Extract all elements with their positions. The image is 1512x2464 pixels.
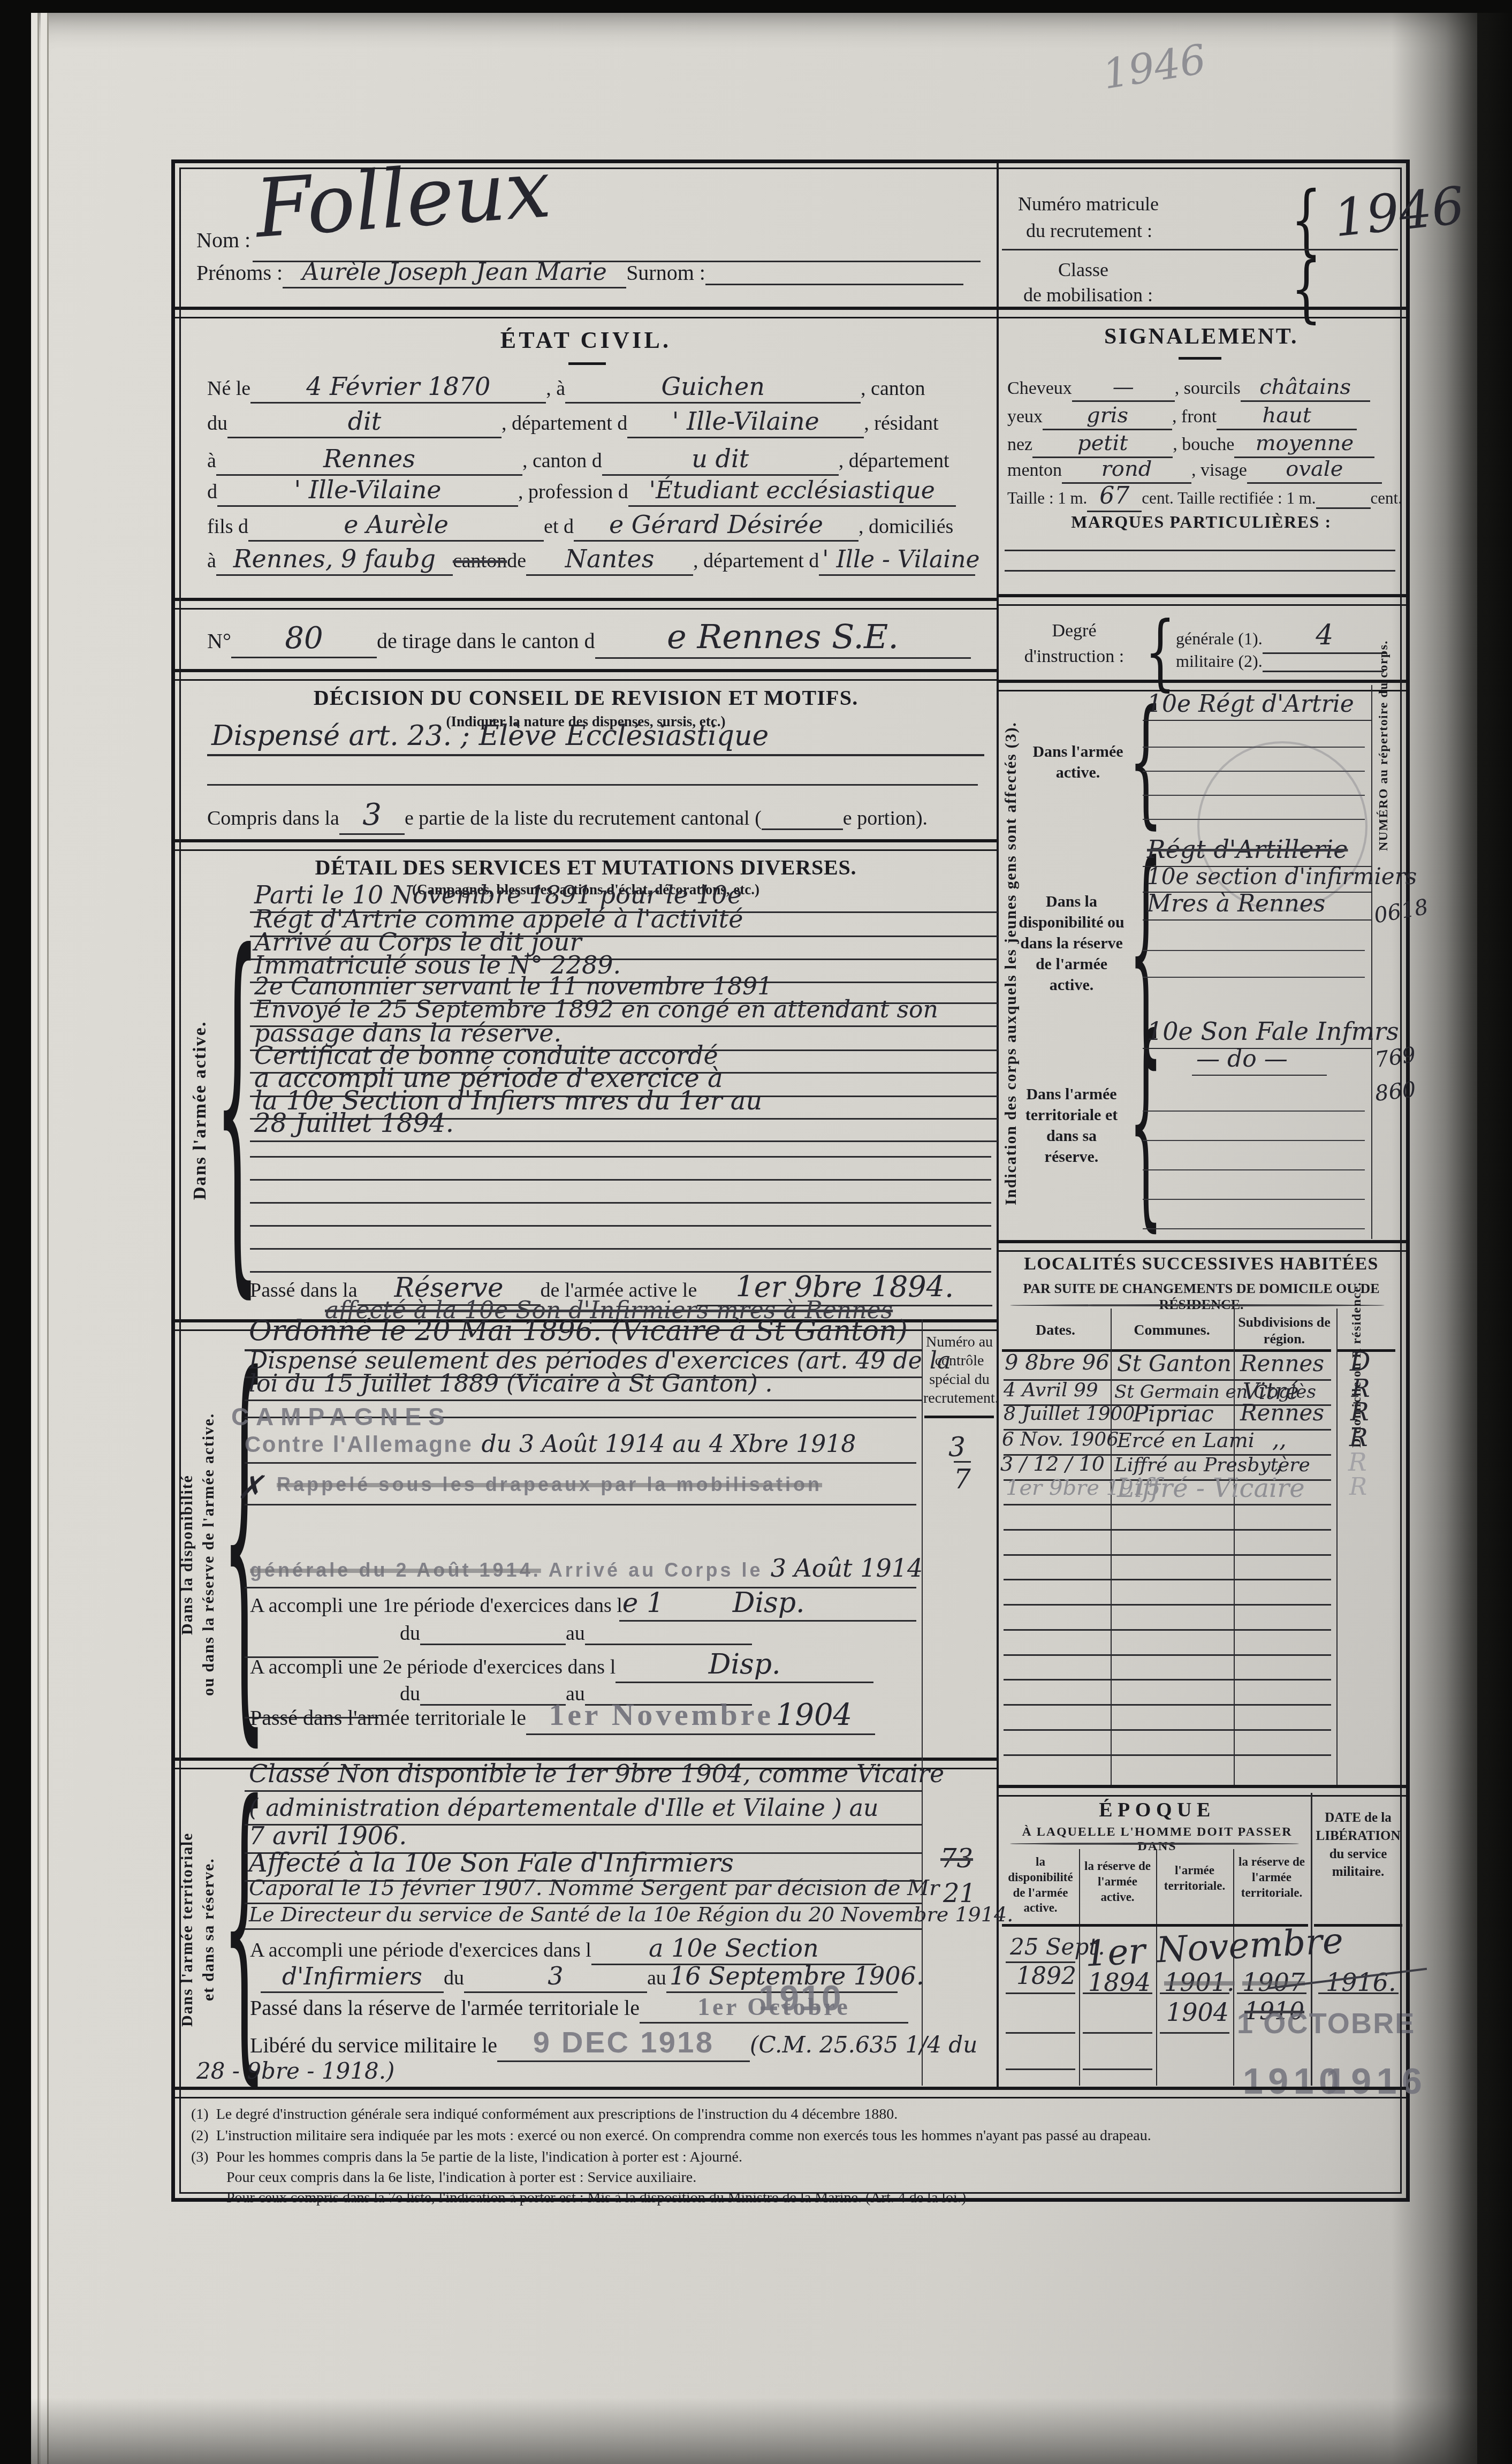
contre-allemagne-dates: du 3 Août 1914 au 4 Xbre 1918: [481, 1431, 856, 1458]
loc-date: 8 Juillet 1900: [1004, 1403, 1135, 1425]
terr-line: Le Directeur du service de Santé de la 1…: [249, 1903, 1013, 1926]
domicile-de-label: de: [507, 549, 526, 573]
au-label: au: [566, 1622, 585, 1645]
ruled-line: [1002, 249, 1398, 250]
section-divider: [175, 307, 1406, 318]
table-col-divider: [1336, 1309, 1338, 1785]
ruled-line: [1005, 550, 1395, 551]
au-label: au: [647, 1966, 666, 1990]
corps-active-label: Dans l'armée active.: [1027, 741, 1129, 783]
ruled-line: [1143, 1169, 1365, 1170]
tirage-no-label: N°: [207, 628, 231, 653]
domicile-value: Rennes, 9 faubg: [216, 544, 453, 576]
header-swash: [1010, 1304, 1385, 1306]
dispo-side-label1: Dans la disponibilité: [178, 1373, 196, 1737]
residence-value: Rennes: [216, 444, 522, 476]
bouche-value: moyenne: [1234, 431, 1374, 458]
residence-canton-label: , canton d: [522, 449, 602, 473]
field-nom-value: Folleux: [253, 142, 554, 256]
libere-label: Libéré du service militaire le: [250, 2033, 497, 2058]
ruled-line: [1004, 1754, 1331, 1756]
du-label: du: [400, 1622, 420, 1645]
dept3-value: ' Ille-Vilaine: [217, 475, 518, 507]
taille-value: 67: [1087, 482, 1142, 512]
periode1-label: A accompli une 1re période d'exercices d…: [250, 1594, 622, 1617]
loc-date: 6 Nov. 1906: [1002, 1428, 1119, 1450]
terr-reserve-label: Passé dans la réserve de l'armée territo…: [250, 1995, 640, 2020]
du-label: du: [444, 1966, 464, 1990]
visage-label: , visage: [1191, 460, 1247, 481]
x-mark: ✗: [237, 1469, 263, 1507]
epoque-v3b: 1904: [1166, 1998, 1229, 2027]
sourcils-label: , sourcils: [1175, 378, 1241, 399]
mother-label: et d: [544, 515, 574, 538]
taille-label: Taille : 1 m.: [1007, 489, 1087, 508]
visage-value: ovale: [1247, 457, 1382, 484]
footnote-text: Pour ceux compris dans la 7e liste, l'in…: [226, 2189, 966, 2207]
domicile-de-value: Nantes: [526, 544, 693, 576]
section-divider: [175, 839, 997, 851]
ruled-line: [1004, 1679, 1331, 1680]
profession-value: 'Étudiant ecclésiastique: [628, 477, 956, 507]
terr-line: ( administration départementale d'Ille e…: [249, 1794, 878, 1822]
ctrl-value-2: 7: [954, 1461, 971, 1495]
ruled-line: [250, 1225, 991, 1227]
section-divider: [997, 594, 1406, 606]
loc-dr-pencil: R: [1349, 1473, 1367, 1501]
ruled-line: [1006, 2068, 1075, 2070]
conseil-title: DÉCISION DU CONSEIL DE REVISION ET MOTIF…: [175, 685, 997, 710]
cheveux-label: Cheveux: [1007, 378, 1072, 399]
footnote-text: Le degré d'instruction générale sera ind…: [216, 2106, 898, 2123]
matricule-label: Numéro matricule: [1018, 193, 1159, 215]
conseil-decision-value: Dispensé art. 23. ; Élève Ecclésiastique: [211, 720, 769, 752]
ruled-line: [1004, 1579, 1331, 1580]
ruled-line: [1143, 950, 1365, 951]
front-label: , front: [1172, 407, 1217, 427]
yeux-label: yeux: [1007, 407, 1043, 427]
ruled-line: [1005, 570, 1395, 572]
field-prenoms-label: Prénoms :: [196, 260, 283, 285]
services-title: DÉTAIL DES SERVICES ET MUTATIONS DIVERSE…: [175, 855, 997, 880]
loc-commune: Ercé en Lami: [1117, 1428, 1255, 1452]
corps-terr-value2: — do —: [1196, 1045, 1288, 1073]
corps-dispo-label: Dans la disponibilité ou dans la réserve…: [1018, 891, 1125, 995]
dispo-side-label2: ou dans la réserve de l'armée active.: [200, 1346, 218, 1763]
rappele-struck-stamp: Rappelé sous les drapeaux par la mobilis…: [277, 1473, 822, 1496]
corps-dispo-struck: Régt d'Artillerie: [1147, 835, 1348, 864]
residence-canton-value: u dit: [602, 444, 839, 476]
compris-label3: e portion).: [843, 807, 928, 830]
book-page-edge: [31, 13, 39, 2464]
tirage-canton-value: e Rennes S.E.: [595, 617, 971, 659]
section-divider: [175, 598, 997, 610]
ctrl-value-1: 3: [948, 1432, 966, 1463]
services-side-label: Dans l'armée active.: [190, 923, 210, 1298]
nez-value: petit: [1032, 431, 1173, 458]
book-page-edge: [41, 13, 49, 2464]
ruled-line: [250, 1202, 991, 1204]
profession-label: , profession d: [518, 480, 628, 504]
loc-commune: Pipriac: [1133, 1401, 1214, 1427]
loc-subdiv: Rennes: [1240, 1350, 1324, 1377]
instruction-generale-label: générale (1).: [1176, 629, 1263, 649]
arrive-corps-stamp: Arrivé au Corps le: [549, 1559, 763, 1581]
ruled-line: [1083, 2032, 1152, 2034]
terr-line: Affecté à la 10e Son Fale d'Infirmiers: [249, 1848, 734, 1878]
localites-col-communes: Communes.: [1112, 1322, 1232, 1339]
domicile-dept-value: ' Ille - Vilaine: [819, 546, 975, 576]
domicilies-label: , domiciliés: [858, 515, 953, 538]
footnote-text: L'instruction militaire sera indiquée pa…: [216, 2127, 1151, 2144]
domicile-a-label: à: [207, 549, 216, 573]
tirage-no-value: 80: [231, 621, 377, 658]
footnote-divider: [175, 2087, 1406, 2098]
scanned-register-page: 1946 Folleux Nom : Prénoms : Aurèle Jose…: [0, 0, 1512, 2464]
terr-side-label1: Dans l'armée territoriale: [178, 1790, 196, 2068]
arrive-corps-date: 3 Août 1914: [771, 1554, 923, 1583]
libere-ref: (C.M. 25.635 1/4 du: [750, 2032, 977, 2058]
classe-label2: de mobilisation :: [1023, 284, 1153, 306]
passe-territoriale-year: 1904: [776, 1698, 853, 1732]
terr-side-label2: et dans sa réserve.: [200, 1812, 218, 2047]
dispense-line2: loi du 15 Juillet 1889 (Vicaire à St Gan…: [249, 1370, 773, 1397]
localites-col-subdiv: Subdivisions de région.: [1235, 1314, 1334, 1347]
periode1-value-a: e 1: [622, 1587, 664, 1618]
menton-value: rond: [1062, 457, 1191, 484]
dept-label: , département d: [502, 412, 627, 435]
ruled-line: [1004, 1529, 1331, 1531]
canton-label: , canton: [861, 377, 925, 400]
terr-line: Caporal le 15 février 1907. Nommé Sergen…: [249, 1876, 939, 1900]
terr-periode-value2: d'Infirmiers: [261, 1963, 444, 1993]
footnote-text: Pour les hommes compris dans la 5e parti…: [216, 2149, 742, 2166]
matricule-form: Folleux Nom : Prénoms : Aurèle Joseph Je…: [171, 159, 1410, 2202]
canton-du-label: du: [207, 412, 227, 435]
birth-date-value: 4 Février 1870: [250, 372, 546, 404]
section-divider: [997, 680, 1406, 691]
ordonne-line: Ordonné le 20 Mai 1896. (Vicaire à St Ga…: [249, 1315, 908, 1347]
footnote-number: (2): [191, 2127, 209, 2144]
passe-territoriale-label: Passé dans l'armée territoriale le: [250, 1705, 526, 1730]
epoque-script: 1er Novembre: [1084, 1920, 1344, 1974]
ctrl-underline: [924, 1416, 994, 1418]
instruction-label: Degré d'instruction :: [1010, 618, 1138, 669]
terr-periode-value: a 10e Section: [591, 1934, 876, 1965]
corps-terr-value1: 10e Son Fale Infmrs: [1147, 1017, 1399, 1046]
epoque-col-divider: [1233, 1849, 1234, 2086]
nez-label: nez: [1007, 435, 1032, 455]
etat-civil-title: ÉTAT CIVIL.: [175, 326, 997, 354]
libere-stamp: 9 DEC 1918: [533, 2025, 715, 2059]
terr-periode-label: A accompli une période d'exercices dans …: [250, 1938, 591, 1962]
corps-active-value: 10e Régt d'Artrie: [1147, 690, 1354, 718]
taille-rect-label: cent. Taille rectifiée : 1 m.: [1142, 489, 1316, 508]
ruled-line: [250, 1179, 991, 1181]
field-surnom-label: Surnom :: [626, 260, 705, 285]
signalement-title: SIGNALEMENT.: [997, 324, 1406, 349]
epoque-col3: l'armée territoriale.: [1158, 1863, 1232, 1894]
terr-line: 7 avril 1906.: [249, 1821, 407, 1850]
terr-line: Classé Non disponible le 1er 9bre 1904, …: [249, 1759, 944, 1788]
dept3-d-label: d: [207, 480, 217, 504]
section-divider: [997, 1785, 1406, 1797]
ruled-line: [1083, 2068, 1152, 2070]
section-divider: [175, 669, 997, 681]
ruled-line: [1160, 2032, 1229, 2034]
ruled-line: [1237, 1993, 1306, 1994]
loc-commune-pencil: Liffré - Vicaire: [1117, 1473, 1305, 1503]
ruled-line: [1143, 1111, 1365, 1112]
ruled-line: [1004, 1629, 1331, 1631]
ruled-line: [207, 784, 978, 786]
epoque-title: ÉPOQUE: [1002, 1798, 1312, 1822]
libere-ref2: 28 - 9bre - 1918.): [196, 2058, 394, 2084]
loc-subdiv: ,,: [1272, 1426, 1287, 1452]
corps-repertoire-label: NUMÉRO au répertoire du corps.: [1377, 690, 1391, 851]
ruled-line: [1143, 1199, 1365, 1200]
menton-label: menton: [1007, 460, 1062, 481]
periode2-label: A accompli une 2e période d'exercices da…: [250, 1655, 616, 1679]
periode2-value: Disp.: [616, 1648, 873, 1683]
ruled-line: [1004, 1729, 1331, 1731]
epoque-col2: la réserve de l'armée active.: [1081, 1859, 1154, 1905]
epoque-stamp-octobre: 1 OCTOBRE: [1237, 2007, 1416, 2040]
ruled-line: [245, 1504, 916, 1505]
footnote-number: (1): [191, 2106, 209, 2123]
terr-margin-struck: 73: [940, 1844, 973, 1874]
campagnes-stamp: CAMPAGNES: [231, 1402, 452, 1431]
tirage-label: de tirage dans le canton d: [377, 628, 595, 653]
birth-place-value: Guichen: [565, 372, 861, 404]
yeux-value: gris: [1043, 403, 1172, 430]
compris-value: 3: [339, 797, 405, 835]
corps-dispo-value1: 10e section d'infirmiers: [1147, 863, 1417, 889]
passe-territoriale-stamp: 1er Novembre: [549, 1697, 774, 1732]
matricule-label2: du recrutement :: [1026, 219, 1152, 242]
epoque-v1b: 1892: [1016, 1963, 1076, 1990]
field-prenoms-value: Aurèle Joseph Jean Marie: [283, 258, 626, 288]
ruled-line: [1006, 1993, 1075, 1994]
domicile-canton-struck: canton: [453, 549, 507, 573]
sourcils-value: châtains: [1241, 375, 1370, 402]
contre-allemagne-stamp: Contre l'Allemagne: [245, 1432, 473, 1457]
classe-label: Classe: [1058, 258, 1108, 281]
repertoire-divider: [1371, 685, 1372, 1239]
dept-value: ' Ille-Vilaine: [627, 407, 864, 438]
birth-label: Né le: [207, 377, 250, 400]
father-label: fils d: [207, 515, 248, 538]
canton-du-value: dit: [227, 407, 502, 438]
residence-a-label: à: [207, 449, 216, 473]
footnote-number: (3): [191, 2149, 209, 2166]
epoque-col-divider: [1079, 1849, 1080, 2086]
instruction-militaire-label: militaire (2).: [1176, 651, 1263, 671]
section-divider: [997, 1240, 1406, 1252]
ruled-line: [1004, 1554, 1331, 1556]
residant-label: , résidant: [864, 412, 938, 435]
mother-value: e Gérard Désirée: [574, 510, 858, 542]
marques-label: MARQUES PARTICULIÈRES :: [997, 512, 1406, 532]
birth-place-label: , à: [546, 377, 565, 400]
ruled-line: [1160, 1993, 1229, 1994]
epoque-col1: la disponibilité de l'armée active.: [1004, 1854, 1077, 1916]
localites-col-dates: Dates.: [1002, 1322, 1109, 1339]
terr-reserve-stamp-year: 1910: [758, 1978, 842, 2018]
father-value: e Aurèle: [248, 510, 544, 542]
loc-commune: St Ganton: [1117, 1350, 1232, 1377]
loc-date: 3 / 12 / 10: [1000, 1452, 1105, 1476]
ruled-line: [245, 1462, 916, 1464]
title-underline: [568, 362, 606, 365]
periode1-value-b: Disp.: [664, 1587, 873, 1620]
domicile-dept-label: , département d: [693, 549, 819, 573]
front-value: haut: [1217, 403, 1357, 430]
service-line: 28 Juillet 1894.: [254, 1108, 454, 1138]
ruled-line: [1004, 1604, 1331, 1606]
corps-terr-number2: 860: [1374, 1077, 1417, 1106]
loc-dr: D: [1350, 1347, 1370, 1377]
compris-label: Compris dans la: [207, 807, 339, 830]
loc-date: 9 8bre 96: [1005, 1350, 1110, 1375]
ruled-line: [1004, 1704, 1331, 1706]
ruled-line: [1083, 1993, 1152, 1994]
ruled-line: [1143, 1228, 1365, 1229]
loc-subdiv: Rennes: [1240, 1400, 1324, 1426]
ruled-line: [1318, 1993, 1399, 1994]
cheveux-value: —: [1072, 375, 1175, 402]
epoque-col4: la réserve de l'armée territoriale.: [1235, 1854, 1309, 1900]
generale-struck-stamp: générale du 2 Août 1914.: [250, 1559, 541, 1581]
bouche-label: , bouche: [1173, 435, 1234, 455]
compris-label2: e partie de la liste du recrutement cant…: [405, 807, 762, 830]
corps-side-label: Indication des corps auxquels les jeunes…: [1002, 696, 1020, 1231]
title-underline: [1179, 357, 1221, 360]
terr-du-value: 3: [464, 1961, 647, 1993]
epoque-date-col: DATE de la LIBÉRATION du service militai…: [1314, 1809, 1402, 1881]
localites-title: LOCALITÉS SUCCESSIVES HABITÉES: [997, 1254, 1406, 1274]
loc-date: 4 Avril 99: [1004, 1379, 1098, 1401]
bottom-shadow: [31, 2398, 1477, 2464]
corps-dispo-value2: Mres à Rennes: [1147, 890, 1325, 917]
ruled-line: [250, 1248, 991, 1250]
dept2-label: , département: [839, 449, 949, 473]
localites-subtitle: PAR SUITE DE CHANGEMENTS DE DOMICILE OU …: [997, 1281, 1406, 1313]
taille-cent-label: cent.: [1371, 489, 1402, 508]
instruction-generale-value: 4: [1263, 619, 1387, 654]
footnote-text: Pour ceux compris dans la 6e liste, l'in…: [226, 2169, 696, 2186]
ruled-line: [250, 1156, 991, 1158]
ruled-line: [1143, 977, 1365, 978]
ruled-line: [1006, 2032, 1075, 2034]
corps-terr-label: Dans l'armée territoriale et dans sa rés…: [1018, 1084, 1125, 1167]
loc-dr: R: [1350, 1397, 1369, 1426]
ruled-line: [1004, 1504, 1331, 1505]
ruled-line: [1006, 1961, 1075, 1963]
ruled-line: [1143, 1140, 1365, 1141]
header-swash: [1010, 1843, 1299, 1845]
field-nom-label: Nom :: [196, 227, 250, 253]
ruled-line: [1004, 1654, 1331, 1656]
epoque-subtitle: À LAQUELLE L'HOMME DOIT PASSER DANS: [1002, 1825, 1312, 1854]
loc-dr: R: [1348, 1448, 1367, 1477]
